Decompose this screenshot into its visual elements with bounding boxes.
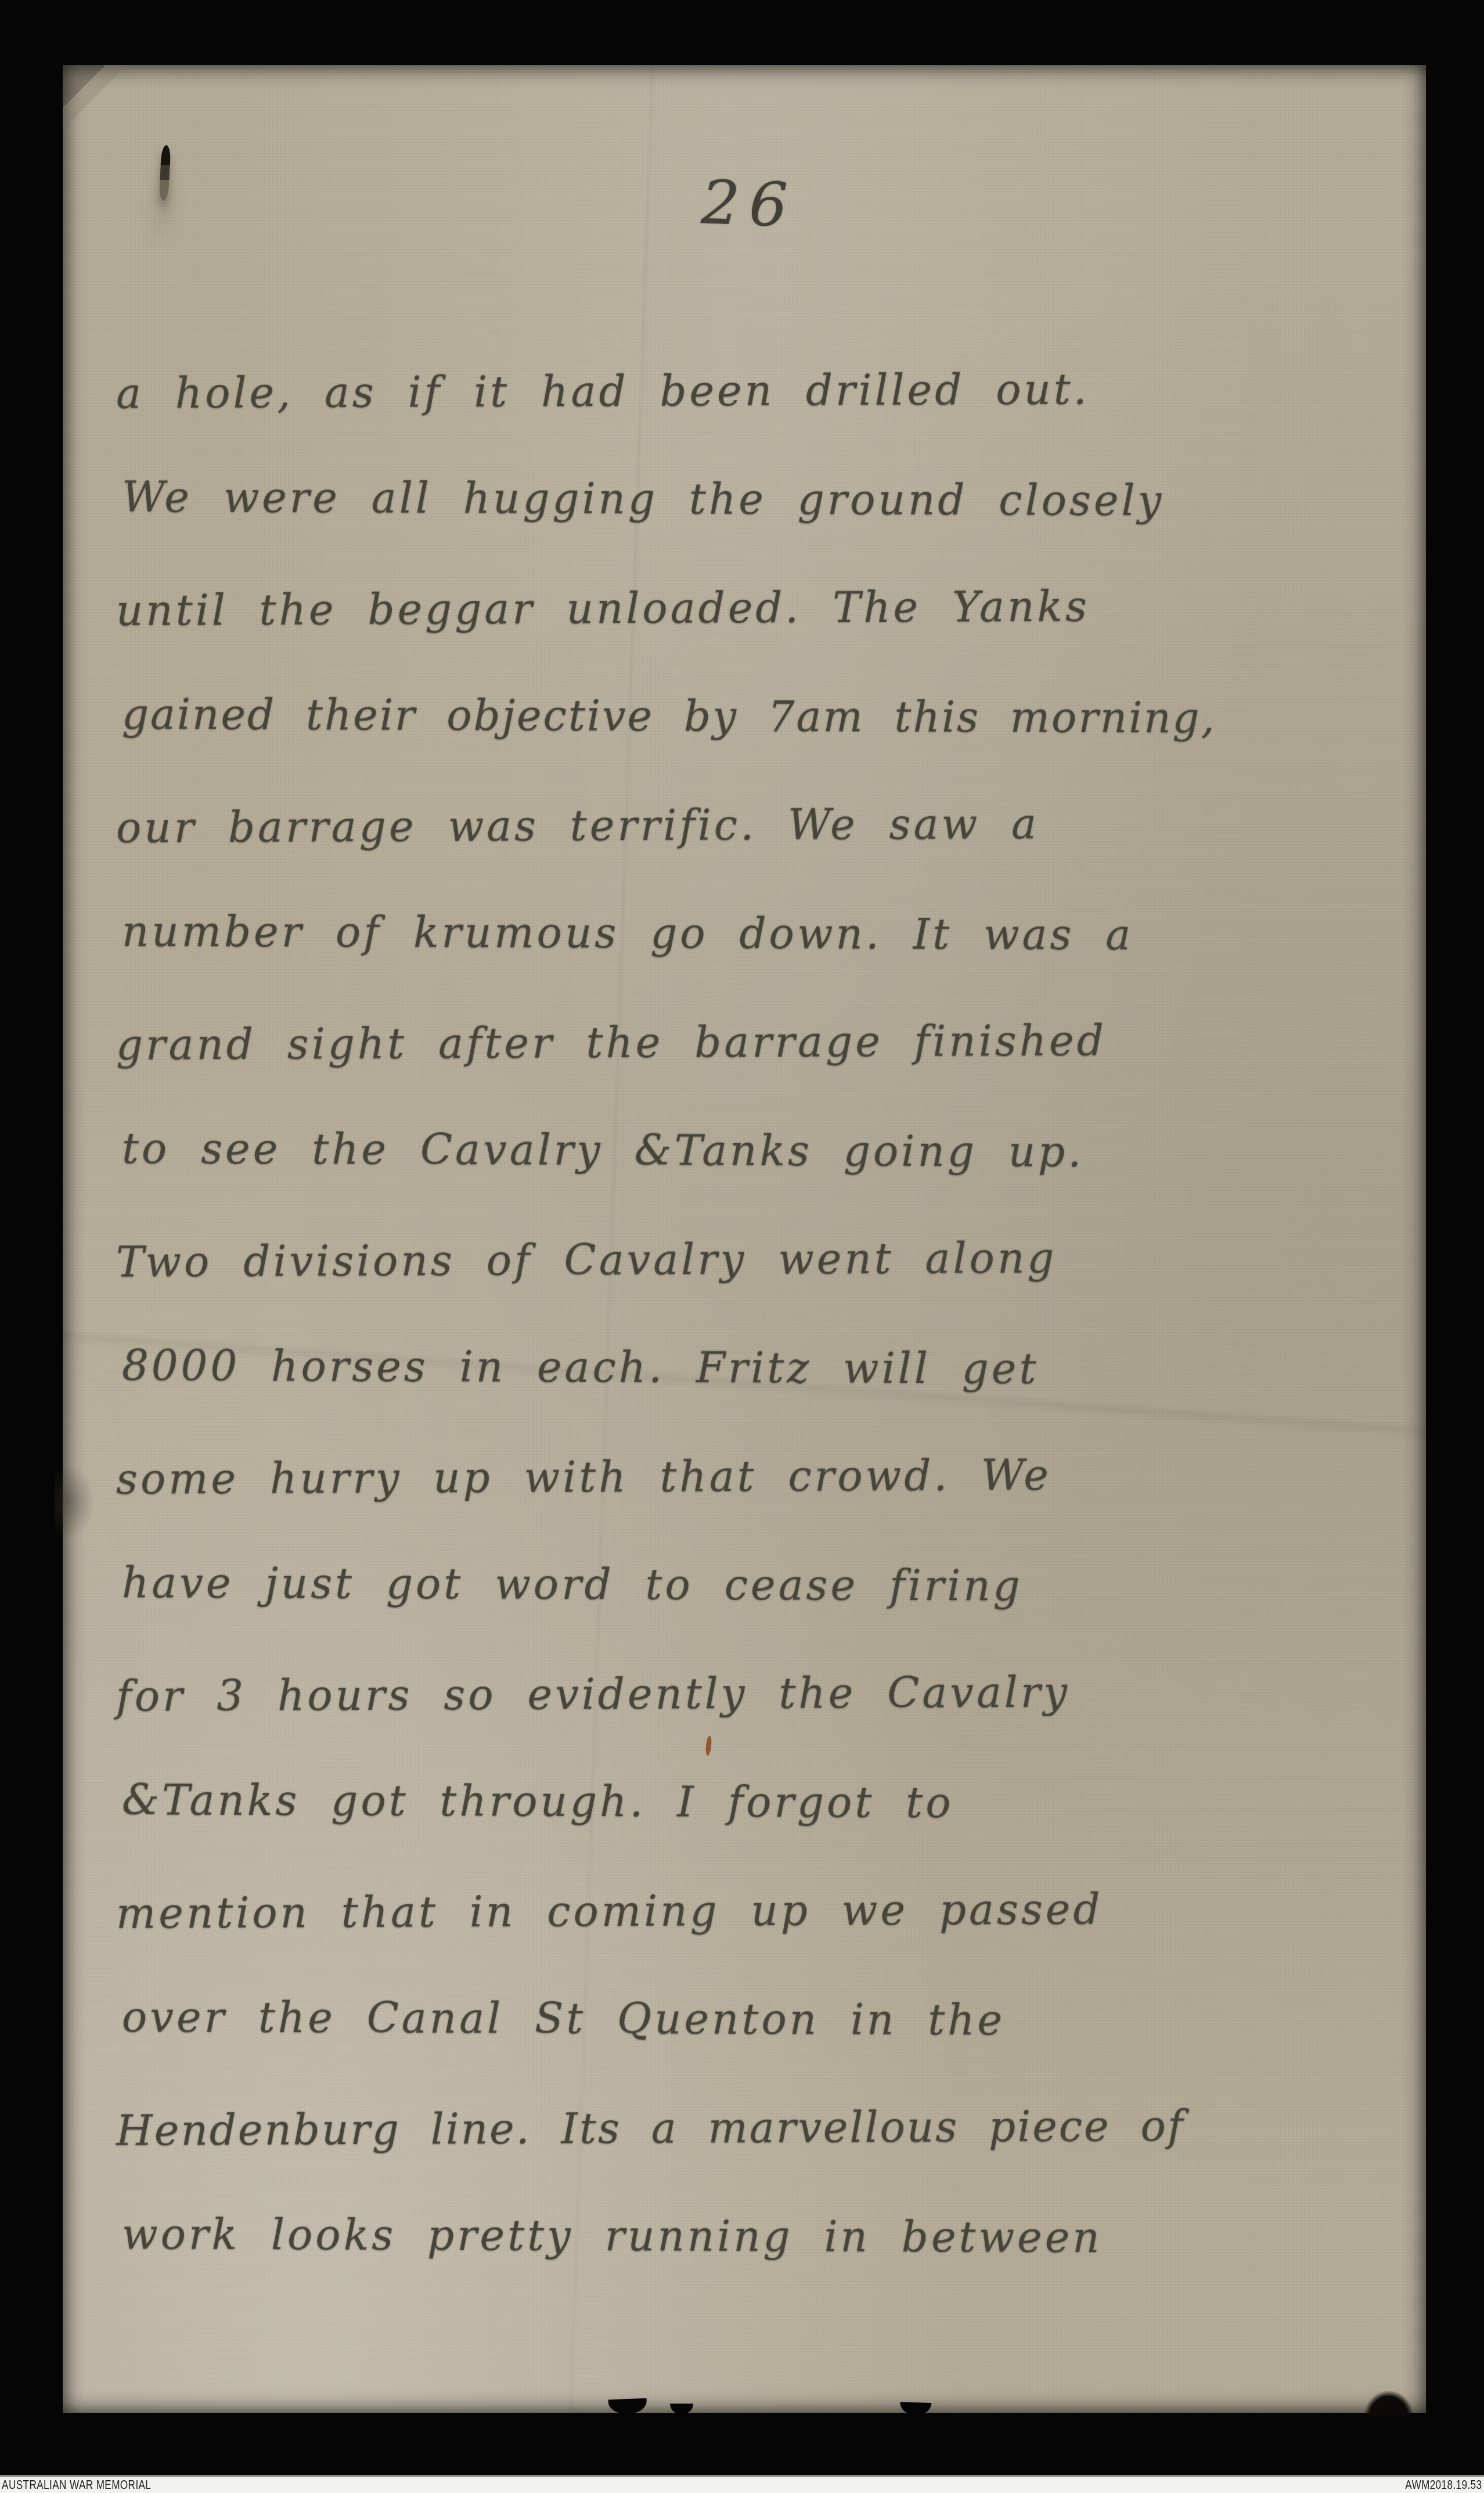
handwritten-line: gained their objective by 7am this morni… (122, 660, 1392, 773)
handwritten-line: number of krumous go down. It was a (122, 877, 1392, 990)
torn-edge (900, 2402, 932, 2415)
edge-smudge (55, 1464, 95, 1540)
corner-fold (63, 65, 150, 152)
page-number: 26 (700, 167, 798, 241)
accession-number: AWM2018.19.53 (1406, 2477, 1484, 2492)
handwritten-line: to see the Cavalry &Tanks going up. (122, 1094, 1392, 1208)
edge-stain (1364, 2391, 1413, 2416)
handwritten-line: a hole, as if it had been drilled out. (116, 334, 1392, 448)
handwritten-text: a hole, as if it had been drilled out. W… (116, 337, 1391, 2291)
torn-edge (608, 2398, 647, 2415)
handwritten-line: mention that in coming up we passed (116, 1854, 1392, 1968)
handwritten-line: grand sight after the barrage finished (116, 985, 1392, 1100)
handwritten-line: We were all hugging the ground closely (122, 443, 1392, 556)
handwritten-line: Two divisions of Cavalry went along (116, 1202, 1392, 1317)
handwritten-line: Hendenburg line. Its a marvellous piece … (116, 2071, 1392, 2185)
paper-tear (159, 145, 171, 201)
handwritten-line: 8000 horses in each. Fritz will get (122, 1312, 1392, 1425)
handwritten-line: our barrage was terrific. We saw a (116, 768, 1392, 882)
handwritten-line: work looks pretty running in between (122, 2180, 1392, 2293)
handwritten-line: &Tanks got through. I forgot to (122, 1746, 1392, 1859)
diary-page: 26 a hole, as if it had been drilled out… (63, 65, 1426, 2413)
handwritten-line: some hurry up with that crowd. We (116, 1420, 1392, 1534)
torn-edge (670, 2404, 693, 2414)
handwritten-line: have just got word to cease firing (122, 1529, 1392, 1642)
handwritten-line: over the Canal St Quenton in the (122, 1963, 1392, 2076)
archive-footer-bar: AUSTRALIAN WAR MEMORIAL AWM2018.19.53 (0, 2475, 1484, 2493)
handwritten-line: for 3 hours so evidently the Cavalry (116, 1637, 1392, 1751)
handwritten-line: until the beggar unloaded. The Yanks (116, 551, 1392, 665)
scan-background: 26 a hole, as if it had been drilled out… (0, 0, 1484, 2493)
archive-name-label: AUSTRALIAN WAR MEMORIAL (0, 2477, 151, 2492)
